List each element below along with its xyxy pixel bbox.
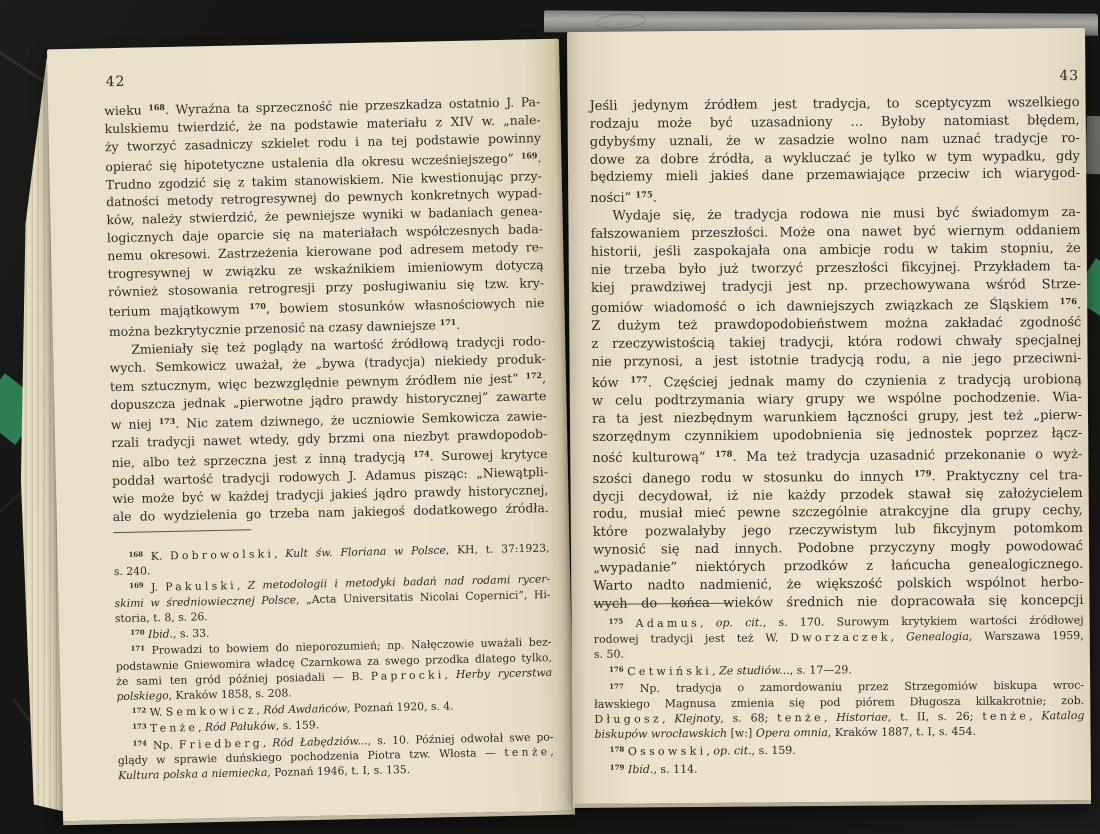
text-run: Klejnoty	[674, 712, 720, 725]
text-run: ,	[237, 579, 248, 592]
text-run: storia, t. 8, s. 26.	[115, 610, 208, 625]
text-run: ,	[263, 736, 273, 749]
text-run: Ibid.	[148, 627, 173, 641]
text-run: . Częściej jednak mamy do czynienia z tr…	[648, 372, 1082, 390]
text-run: terium majątkowym	[108, 301, 249, 319]
footnote-reference: 174	[132, 739, 147, 747]
text-run: s. 240.	[114, 565, 151, 579]
open-book-photo: 42 wieku 168. Wyraźna ta sprzeczność nie…	[0, 0, 1100, 834]
stamp-mark-icon	[596, 12, 647, 30]
text-run: . Praktyczny cel tra-	[931, 468, 1082, 484]
text-run: Dobrowolski	[170, 547, 274, 562]
text-run: biskupów wrocławskich	[594, 727, 727, 741]
text-run: ,	[550, 745, 554, 758]
text-run: , s. 17—29.	[790, 663, 852, 676]
text-run: J.	[144, 581, 166, 594]
footnote-reference: 169	[521, 151, 538, 160]
footnote-reference: 170	[249, 302, 266, 311]
text-run: wych do końca wieków średnich nie doprac…	[593, 593, 1083, 612]
text-run: Herby rycerstwa	[456, 666, 553, 681]
text-run: w niej	[111, 416, 159, 432]
text-run: ra ta jest niezbędnym warunkiem łącznośc…	[592, 408, 1082, 427]
text-run: .	[1077, 298, 1081, 313]
text-run: Opera omnia	[756, 726, 828, 740]
text-run: ków	[592, 376, 631, 391]
text-run: , s. 114.	[653, 762, 697, 775]
footnote-reference: 176	[609, 664, 624, 673]
page-number-right: 43	[1059, 68, 1079, 84]
text-run: ,	[700, 616, 716, 629]
text-run: ,	[274, 547, 285, 560]
footnote-reference: 178	[715, 448, 732, 458]
text-run: Katalog	[1041, 709, 1084, 722]
text-run: Warto nadto nadmienić, że większość pols…	[593, 575, 1083, 594]
footnote-reference: 174	[413, 449, 430, 458]
text-run: tenże	[504, 745, 550, 759]
text-line: 179 Ibid., s. 114.	[595, 756, 1085, 777]
footnote-reference: 175	[609, 617, 624, 626]
text-run: , s. 170. Surowym krytykiem wartości źró…	[763, 614, 1084, 630]
footnote-reference: 170	[130, 628, 145, 636]
text-run: op. cit.	[716, 616, 763, 629]
text-run: które pozwalałyby jego rzeczywistym lub …	[593, 521, 1083, 540]
text-run: rodu, musiał mieć pewne szczególnie atra…	[593, 503, 1083, 522]
text-run: skimi w średniowiecznej Polsce	[114, 593, 296, 610]
text-run: Paprocki	[371, 668, 445, 683]
text-run: op. cit.	[713, 744, 751, 757]
text-run: Ossowski	[628, 745, 707, 759]
text-run: W.	[146, 705, 166, 718]
text-run: w celu podtrzymania wiary grupy we wspól…	[592, 390, 1082, 409]
footnote-reference: 179	[914, 468, 931, 478]
footnote-reference: 172	[132, 706, 147, 714]
footnote-reference: 176	[1060, 296, 1077, 306]
text-run: .	[456, 317, 460, 332]
page-number-left: 42	[106, 74, 126, 90]
text-run: ności”	[590, 191, 635, 206]
text-run: tenże	[777, 711, 824, 724]
left-page-footnotes: 168 K. Dobrowolski, Kult św. Floriana w …	[113, 539, 554, 783]
text-run: Jeśli jedynym źródłem jest tradycja, to …	[590, 95, 1080, 114]
text-run: gdybyśmy uznali, że w zasadzie wolno nam…	[590, 131, 1080, 150]
text-run: .	[653, 191, 657, 206]
left-page: 42 wieku 168. Wyraźna ta sprzeczność nie…	[47, 39, 575, 822]
text-run: tenże	[982, 710, 1029, 723]
footnote-reference: 177	[630, 374, 647, 384]
text-run: ,	[1029, 709, 1041, 722]
text-run: , Warszawa 1959,	[969, 629, 1084, 643]
right-page: 43 Jeśli jedynym źródłem jest tradycja, …	[567, 28, 1091, 804]
text-run: Kult św. Floriana w Polsce	[285, 544, 446, 560]
footnote-reference: 168	[148, 103, 165, 112]
text-run: „wypadanie” niektórych przodków z łańcuc…	[593, 557, 1083, 576]
text-run: s. 50.	[594, 647, 624, 660]
text-run: Ród Awdańców	[263, 702, 347, 717]
text-run: , s. 33.	[173, 627, 210, 641]
footnote-reference: 172	[525, 372, 542, 381]
text-run: ,	[662, 712, 674, 725]
text-run: , Kraków 1858, s. 208.	[169, 686, 292, 702]
text-run: polskiego	[116, 689, 168, 703]
text-run: ność kulturową”	[592, 450, 715, 466]
text-run: , s. 68;	[720, 712, 777, 725]
text-run: będziemy mieli jakieś dane przemawiające…	[590, 166, 1080, 185]
text-run: fałszowaniem przeszłości. Może ona nawet…	[591, 223, 1081, 242]
text-run: , bowiem stosunków własnościowych nie	[266, 295, 545, 316]
text-run: Genealogia	[906, 630, 969, 643]
text-run	[623, 617, 635, 630]
footnote-reference: 171	[440, 318, 457, 327]
text-run: , Kraków 1887, t. I, s. 454.	[828, 725, 976, 739]
footnote-reference: 175	[635, 190, 652, 200]
text-run: , KH, t. 37:1923,	[446, 541, 550, 556]
text-run: [w:]	[727, 727, 756, 740]
footnote-reference: 179	[610, 763, 625, 772]
text-run: wieku	[104, 102, 148, 118]
text-run: nie przynosi, a jest istotnie tradycją r…	[592, 351, 1082, 370]
text-run: . Ma też tradycja uzasadnić przekonanie …	[732, 447, 1082, 465]
text-run: dowe za dobre źródła, a wykluczać je tyl…	[590, 149, 1080, 168]
text-run: , t. II, s. 26;	[888, 710, 983, 724]
text-run: Ze studiów...	[719, 664, 790, 678]
text-run: dycji decydował, iż nie każdy przodek st…	[593, 486, 1083, 505]
text-run: ,	[444, 668, 456, 681]
background-object	[1085, 116, 1100, 174]
footnote-reference: 178	[610, 745, 625, 754]
text-run: historii, jeśli zaspokajała ona ambicje …	[591, 241, 1081, 260]
text-run: ,	[542, 370, 546, 385]
footnote-reference: 168	[128, 551, 143, 559]
text-run: Wydaje się, że tradycja rodowa nie musi …	[612, 205, 1080, 224]
text-run: z rzeczywistością takiej tradycji, która…	[591, 333, 1081, 352]
text-run: , s. 159.	[276, 719, 320, 733]
text-run: Długosz	[594, 712, 662, 726]
text-run: wynosić się nad innych. Podobne przyczyn…	[593, 539, 1083, 558]
text-run: Adamus	[635, 617, 700, 631]
footnote-reference: 173	[132, 723, 147, 731]
text-run: Cetwiński	[627, 664, 712, 678]
text-run: Historiae	[836, 711, 888, 724]
text-run: nie trzeba było już tworzyć przeszłości …	[591, 259, 1081, 278]
footnote-reference: 171	[130, 645, 145, 653]
left-page-body: wieku 168. Wyraźna ta sprzeczność nie pr…	[104, 91, 549, 526]
text-run: szorzędnym czynnikiem upodobnienia się j…	[592, 426, 1082, 445]
text-run: rodowej tradycji jest też W.	[594, 631, 791, 646]
text-run: Pakulski	[165, 579, 237, 593]
footnote-reference: 169	[129, 582, 144, 590]
text-run: Semkowicz	[166, 703, 257, 718]
text-run: szości danego rodu w stosunku do innych	[592, 469, 914, 487]
text-run: ,	[891, 630, 906, 643]
text-run: . Surowej krytyce	[430, 446, 548, 463]
text-run: Ród Pałuków	[205, 720, 276, 734]
text-run: ,	[824, 711, 836, 724]
text-run: Friedberg	[179, 736, 263, 751]
text-run: rodzaju może być uzasadniony ... Byłoby …	[590, 113, 1080, 132]
footnote-separator-left	[113, 529, 251, 533]
text-run: , s. 159.	[752, 744, 796, 757]
text-run: Np.	[147, 738, 179, 752]
text-run: Tenże	[150, 721, 198, 735]
footnote-reference: 177	[609, 682, 624, 691]
text-run: kiej prawdziwej tradycji jest np. przech…	[591, 277, 1081, 296]
text-run: Ibid.	[628, 763, 654, 776]
text-run: Kultura polska a niemiecka	[118, 766, 267, 782]
text-run: Dworzaczek	[790, 630, 891, 644]
text-run: , Poznań 1946, t. I, s. 135.	[267, 763, 410, 779]
text-run: Ród Łabędziów...	[272, 734, 368, 749]
text-run: gomiów wiadomość o ich dawniejszych zwią…	[591, 298, 1060, 317]
text-run: Z dużym też prawdopodobieństwem można za…	[591, 315, 1081, 334]
text-run: .	[537, 150, 541, 165]
right-page-body: Jeśli jedynym źródłem jest tradycja, to …	[589, 94, 1083, 613]
footnote-reference: 173	[159, 417, 176, 426]
right-page-footnotes: 175 Adamus, op. cit., s. 170. Surowym kr…	[594, 610, 1085, 777]
text-run: K.	[143, 549, 170, 563]
text-run: , Poznań 1920, s. 4.	[347, 699, 454, 714]
